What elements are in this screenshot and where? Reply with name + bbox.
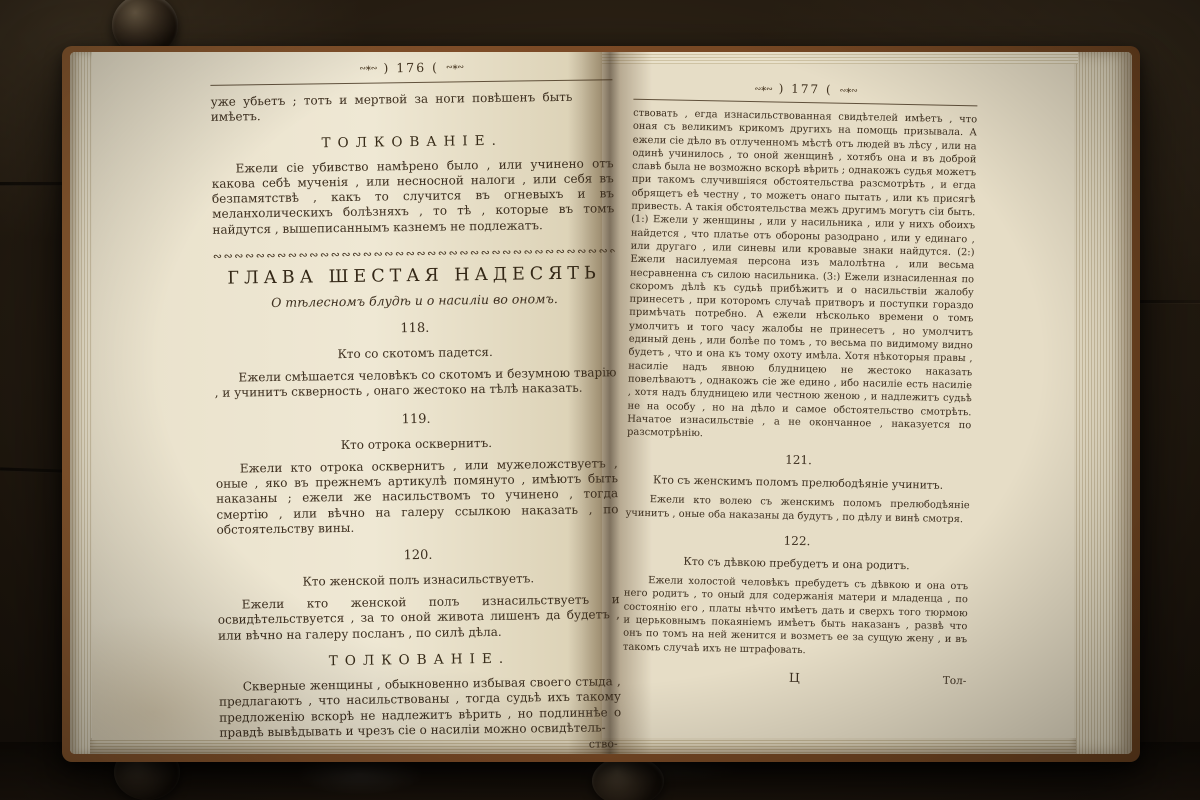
- article-title: Кто женской полъ изнасильствуетъ.: [217, 570, 619, 590]
- fore-edge-right: [1074, 52, 1132, 754]
- article-title: Кто съ женскимъ поломъ прелюбодѣяніе учи…: [626, 473, 970, 493]
- article-body: Ежели кто волею съ женскимъ поломъ прелю…: [625, 493, 969, 526]
- rivet: [592, 756, 664, 800]
- chapter-title: ГЛАВА ШЕСТАЯ НАДЕСЯТЬ: [213, 263, 615, 289]
- article-number: 118.: [214, 318, 616, 339]
- header-rule: [210, 79, 612, 86]
- header-ornament-icon: ∾∗∾: [446, 62, 463, 71]
- tolkovanie-heading: ТОЛКОВАНІЕ.: [211, 131, 613, 153]
- catchword: Тол-: [943, 675, 967, 687]
- ornamental-divider: ∾∾∾∾∾∾∾∾∾∾∾∾∾∾∾∾∾∾∾∾∾∾∾∾∾∾∾∾∾∾∾∾∾∾∾∾∾∾∾∾: [213, 244, 615, 263]
- open-book: ∾∗∾ ) 176 ( ∾∗∾ уже убьетъ ; тотъ и мерт…: [62, 46, 1140, 762]
- paragraph-continuation: уже убьетъ ; тотъ и мертвой за ноги повѣ…: [211, 90, 573, 126]
- header-ornament-icon: ∾∗∾: [755, 84, 772, 93]
- article-number: 122.: [625, 531, 969, 552]
- chapter-subtitle: О тѣлесномъ блудѣ и о насиліи во ономъ.: [213, 290, 615, 311]
- article-body: Ежели кто отрока осквернитъ , или мужело…: [216, 456, 619, 538]
- left-page-number: ) 176 (: [383, 60, 439, 76]
- catchword: ство-: [220, 737, 622, 756]
- article-title: Кто отрока осквернитъ.: [215, 434, 617, 454]
- article-number: 120.: [217, 545, 619, 566]
- article-number: 119.: [215, 409, 617, 430]
- article-body: Ежели холостой человѣкъ пребудетъ съ дѣв…: [623, 574, 968, 660]
- header-rule: [633, 99, 977, 107]
- paragraph-continuation: ствовать , егда изнасильствованная свидѣ…: [627, 107, 977, 446]
- tolkovanie-heading: ТОЛКОВАНІЕ.: [218, 649, 620, 671]
- article-body: Ежели кто женской полъ изнасильствуетъ и…: [218, 592, 621, 643]
- article-body: Ежели смѣшается человѣкъ со скотомъ и бе…: [214, 365, 616, 401]
- right-page: ∾∗∾ ) 177 ( ∾∗∾ ствовать , егда изнасиль…: [622, 79, 978, 689]
- header-ornament-icon: ∾∗∾: [359, 64, 376, 73]
- article-number: 121.: [626, 450, 970, 471]
- tolkovanie-paragraph: Ежели сіе убивство намѣрено было , или у…: [211, 156, 614, 238]
- photo-scene: ∾∗∾ ) 176 ( ∾∗∾ уже убьетъ ; тотъ и мерт…: [0, 0, 1200, 800]
- right-page-number: ) 177 (: [779, 82, 833, 97]
- left-page: ∾∗∾ ) 176 ( ∾∗∾ уже убьетъ ; тотъ и мерт…: [210, 57, 622, 767]
- article-title: Кто съ дѣвкою пребудетъ и она родитъ.: [624, 554, 968, 574]
- fore-edge-left: [70, 52, 92, 754]
- article-title: Кто со скотомъ падется.: [214, 343, 616, 363]
- header-ornament-icon: ∾∗∾: [840, 85, 857, 94]
- tolkovanie-paragraph: Скверные женщины , обыкновенно избывая с…: [219, 674, 622, 741]
